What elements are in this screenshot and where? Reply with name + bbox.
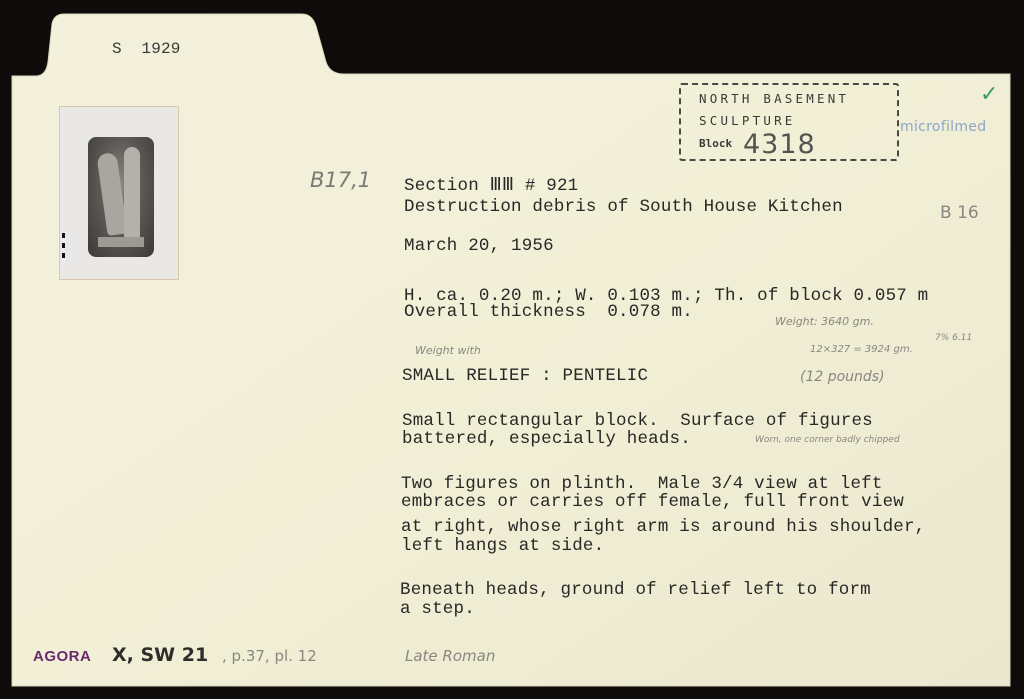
description-p3-line1: Beneath heads, ground of relief left to … xyxy=(400,581,871,600)
section-number: Section ⅢⅢ # 921 xyxy=(404,177,578,196)
weight-note-3: 12×327 = 3924 gm. xyxy=(810,344,913,355)
female-figure xyxy=(124,147,140,239)
check-icon: ✓ xyxy=(980,82,998,107)
relief-image-icon xyxy=(88,137,154,257)
description-p3-line2: a step. xyxy=(400,600,475,619)
agora-stamp: AGORA xyxy=(33,648,91,665)
plinth xyxy=(98,237,144,247)
male-figure xyxy=(96,152,127,236)
description-p2-line4: left hangs at side. xyxy=(401,537,604,556)
relief-photo xyxy=(60,107,178,279)
find-context: Destruction debris of South House Kitche… xyxy=(404,198,843,217)
classification: SMALL RELIEF : PENTELIC xyxy=(402,367,648,386)
dimensions-line-2: Overall thickness 0.078 m. xyxy=(404,303,693,322)
page-ref: , p.37, pl. 12 xyxy=(222,647,317,665)
publication-ref: X, SW 21 xyxy=(112,644,208,666)
stamp-line-1: NORTH BASEMENT xyxy=(699,91,849,106)
description-p2-line2: embraces or carries off female, full fro… xyxy=(401,493,904,512)
weight-note-4: (12 pounds) xyxy=(800,369,885,385)
weight-with-note: Weight with xyxy=(415,344,481,357)
microfilmed-stamp: microfilmed xyxy=(900,119,986,135)
storage-stamp: NORTH BASEMENT SCULPTURE Block 4318 xyxy=(679,83,899,161)
description-p2-line3: at right, whose right arm is around his … xyxy=(401,518,925,537)
scale-bar-icon xyxy=(62,233,65,263)
condition-note: Worn, one corner badly chipped xyxy=(755,435,900,445)
tab-catalog-number: S 1929 xyxy=(112,40,181,59)
weight-note-1: Weight: 3640 gm. xyxy=(775,315,874,328)
stamp-block-number: 4318 xyxy=(743,129,816,160)
stamp-block-label: Block xyxy=(699,137,732,150)
pencil-ref: B17,1 xyxy=(310,168,371,192)
description-p1-line2: battered, especially heads. xyxy=(402,430,691,449)
date-note: Late Roman xyxy=(405,647,495,665)
find-date: March 20, 1956 xyxy=(404,237,554,256)
weight-note-2: 7% 6.11 xyxy=(935,333,972,343)
stamp-line-2: SCULPTURE xyxy=(699,113,796,128)
pencil-b16: B 16 xyxy=(940,203,979,223)
